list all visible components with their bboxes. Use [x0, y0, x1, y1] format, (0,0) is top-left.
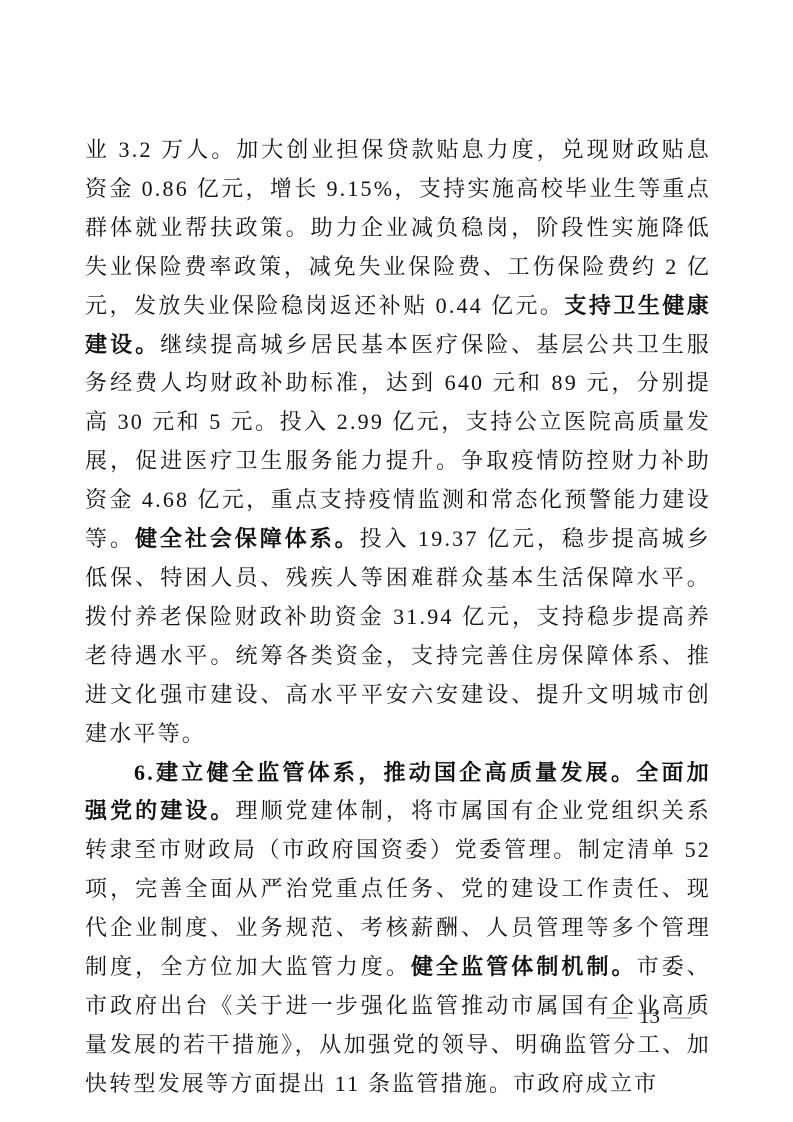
footer-dash-left: — [607, 1004, 628, 1028]
bold-run-social-security: 健全社会保障体系。 [135, 526, 360, 551]
paragraph-fiscal-livelihood: 业 3.2 万人。加大创业担保贷款贴息力度，兑现财政贴息资金 0.86 亿元，增… [85, 131, 711, 754]
page-body-text: 业 3.2 万人。加大创业担保贷款贴息力度，兑现财政贴息资金 0.86 亿元，增… [85, 131, 711, 1104]
text-run: 理顺党建体制，将市属国有企业党组织关系转隶至市财政局（市政府国资委）党委管理。制… [85, 798, 711, 979]
text-run: 投入 19.37 亿元，稳步提高城乡低保、特困人员、残疾人等困难群众基本生活保障… [85, 526, 711, 746]
page-number: 13 [639, 1004, 660, 1028]
bold-run-supervision-mechanism: 健全监管体制机制。 [411, 954, 637, 979]
footer-dash-right: — [671, 1004, 692, 1028]
document-page: 业 3.2 万人。加大创业担保贷款贴息力度，兑现财政贴息资金 0.86 亿元，增… [0, 0, 793, 1122]
text-run: 业 3.2 万人。加大创业担保贷款贴息力度，兑现财政贴息资金 0.86 亿元，增… [85, 137, 711, 318]
page-footer: —13— [607, 1004, 692, 1029]
paragraph-soe-supervision: 6.建立健全监管体系，推动国企高质量发展。全面加强党的建设。理顺党建体制，将市属… [85, 754, 711, 1104]
text-run: 继续提高城乡居民基本医疗保险、基层公共卫生服务经费人均财政补助标准，达到 640… [85, 332, 711, 552]
